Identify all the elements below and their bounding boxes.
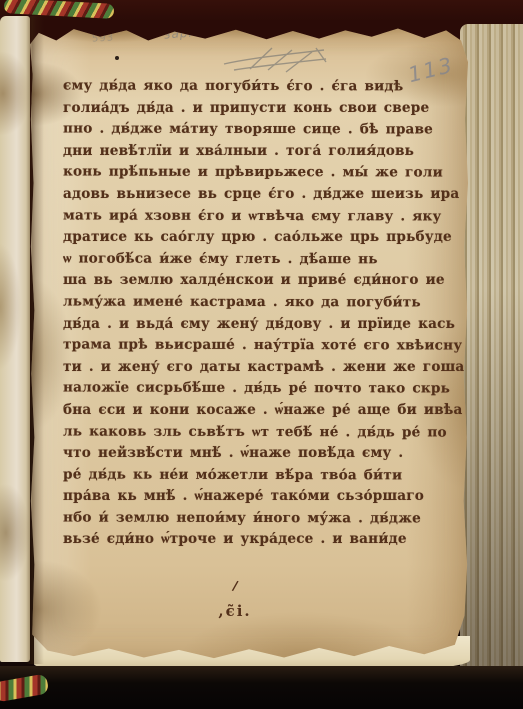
manuscript-line: дв́да . и вьда́ єму жену́ дв́дову . и пр… [63, 314, 467, 336]
manuscript-line: ѡ погобѣ́са и́же є́му глеть . дѣ́аше нь [63, 248, 467, 271]
manuscript-line: льму́жа имене́ кастрама . яко да погуби́… [63, 291, 467, 314]
manuscript-line: бна єси и кони косаже . ѡ́наже ре́ аще б… [63, 400, 467, 422]
quire-flourish-mark: / [180, 569, 291, 606]
pencil-shelfmark-note: 593 [92, 32, 115, 44]
manuscript-line: мать ира́ хзовн є́го и ѡтвѣча єму главу … [63, 205, 467, 228]
pencil-scribble-note: зaрlcи [164, 24, 210, 41]
manuscript-line: єму дв́да яко да погуби́ть є́го . є́га в… [63, 75, 467, 98]
manuscript-line: ти . и жену́ єго даты кастрамѣ . жени же… [63, 357, 467, 379]
manuscript-line: трама прѣ вьисраше́ . нау́трїа хоте́ єго… [63, 335, 467, 358]
manuscript-line: ша вь землю халде́нскои и приве́ єди́ног… [63, 270, 467, 292]
pencil-doodle-icon [220, 42, 330, 76]
gutter-shadow [26, 16, 44, 664]
manuscript-line: адовь вьнизесе вь срце є́го . дв́дже шеи… [63, 184, 467, 206]
ink-dot [115, 56, 119, 60]
text-block: єму дв́да яко да погуби́ть є́го . є́га в… [63, 76, 467, 551]
manuscript-photo: 593 зaрlcи 113 єму дв́да яко да погуби́т… [0, 0, 523, 709]
fore-edge-page-stack [460, 24, 523, 686]
manuscript-line: наложїе сисрьбѣ́ше . дв́дь ре́ почто так… [63, 378, 467, 401]
manuscript-line: дратисе кь сао́глу црю . сао́льже црь пр… [63, 227, 467, 249]
quire-number: ,є̃і. [180, 602, 290, 620]
manuscript-line: голиа́дъ дв́да . и припусти конь свои св… [63, 98, 467, 120]
quire-signature: / ,є̃і. [180, 580, 290, 620]
manuscript-line: конь прѣ́пьные и прѣвирьжесе . мы́ же го… [63, 162, 467, 185]
bottom-cover-shadow [0, 666, 523, 709]
manuscript-line: дни невѣ́тлїи и хва́лныи . тога́ голия́д… [63, 141, 467, 163]
manuscript-page: 593 зaрlcи 113 єму дв́да яко да погуби́т… [30, 24, 468, 660]
manuscript-line: пра́ва кь мнѣ́ . ѡ́нажере́ тако́ми сьзо́… [63, 486, 467, 508]
manuscript-line: нбо и́ землю непои́му и́ного му́жа . дв́… [63, 507, 467, 530]
manuscript-line: ре́ дв́дь кь не́и мо́жетли вѣ́ра тво́а б… [63, 464, 467, 487]
manuscript-line: ль каковь зль сьвѣ́тъ ѡт тебѣ́ не́ . дв́… [63, 421, 467, 444]
manuscript-line: вьзе́ єди́но ѡ́троче и укра́десе . и ван… [63, 529, 467, 551]
manuscript-line: что нейзвѣ́сти мнѣ́ . ѡ́наже повѣ́да єму… [63, 443, 467, 465]
manuscript-line: пно . дв́дже ма́тиу творяше сице . бѣ пр… [63, 119, 467, 142]
